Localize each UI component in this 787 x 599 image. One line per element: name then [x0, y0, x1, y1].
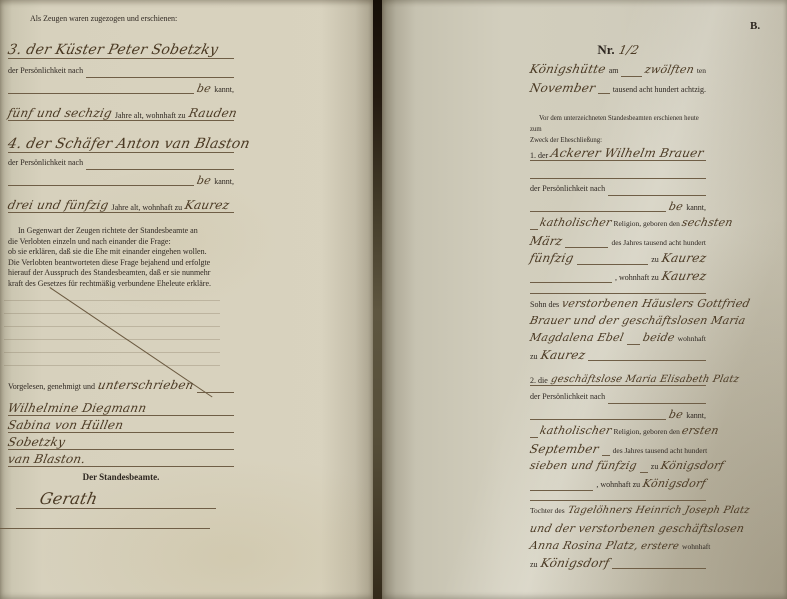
form-line [577, 262, 649, 265]
form-line [602, 453, 610, 456]
registrar-label: Der Standesbeamte. [8, 472, 234, 482]
son-printed: Sohn des [530, 300, 559, 309]
daughter-line-4: zu Königsdorf [530, 556, 706, 572]
ruled-line [4, 300, 220, 301]
age-handwriting: drei und fünfzig [7, 198, 110, 212]
known-handwriting: be [668, 200, 685, 213]
identity-label: der Persönlichkeit nach [530, 392, 605, 401]
residence-handwriting: Kaurez [184, 198, 231, 212]
form-line [612, 566, 706, 569]
religion-handwriting: katholischer [539, 216, 613, 229]
registrar-signature: Gerath [38, 489, 99, 508]
daughter-line-2: und der verstorbenen geschäftslosen [530, 522, 706, 539]
birth-year-line-groom: fünfzig zu Kaurez [530, 251, 706, 268]
signature-line: van Blaston. [8, 449, 234, 467]
bride-prefix-printed: 2. die [530, 376, 548, 385]
form-line [530, 280, 612, 283]
form-line [627, 342, 641, 345]
form-line [598, 91, 610, 94]
signature-line: Wilhelmine Diegmann [8, 398, 234, 416]
son-line-1: Sohn des verstorbenen Häuslers Gottfried [530, 297, 706, 314]
birth-month-line-groom: März des Jahres tausend acht hundert [530, 234, 706, 251]
signature: Wilhelmine Diegmann [7, 401, 148, 415]
ruled-line [4, 326, 220, 327]
residence-line-bride: , wohnhaft zu Königsdorf [530, 477, 706, 494]
witness-header-text: Als Zeugen waren zugezogen und erschiene… [30, 14, 177, 23]
record-number-line: Nr. 1/2 [530, 42, 706, 58]
birth-place-handwriting: Kaurez [660, 251, 707, 265]
registrar-label-text: Der Standesbeamte. [83, 472, 160, 482]
religion-line-bride: katholischer Religion, geboren den erste… [530, 424, 706, 441]
identity-line-3: der Persönlichkeit nach [8, 66, 234, 81]
son-line-3: Magdalena Ebel beide wohnhaft [530, 331, 706, 348]
form-line [588, 358, 706, 361]
known-handwriting: be [196, 174, 213, 187]
form-line [565, 245, 608, 248]
religion-line-groom: katholischer Religion, geboren den sechs… [530, 216, 706, 233]
birth-month-handwriting: September [529, 442, 601, 456]
right-page: B. Nr. 1/2 Königshütte am zwölften ten N… [382, 0, 787, 599]
known-printed: kannt, [686, 203, 706, 212]
form-line [197, 390, 234, 393]
form-line [608, 401, 706, 404]
section-rule [530, 291, 706, 294]
known-line-bride: be kannt, [530, 408, 706, 423]
age-handwriting: fünf und sechzig [7, 106, 114, 120]
known-printed: kannt, [686, 411, 706, 420]
religion-handwriting: katholischer [539, 424, 613, 437]
closing-printed: Vorgelesen, genehmigt und [8, 382, 95, 391]
identity-line-bride: der Persönlichkeit nach [530, 392, 706, 407]
birth-day-handwriting: ersten [681, 424, 720, 437]
consent-line: Die Verlobten beantworteten diese Frage … [8, 258, 236, 269]
bride-line: 2. die geschäftslose Maria Elisabeth Pla… [530, 364, 706, 386]
witness-header: Als Zeugen waren zugezogen und erschiene… [30, 14, 177, 23]
form-line [621, 74, 641, 77]
consent-line: die Verlobten einzeln und nach einander … [8, 237, 236, 248]
age-printed: Jahre alt, wohnhaft zu [112, 203, 183, 212]
registrar-signature-line: Gerath [16, 486, 216, 509]
religion-printed: Religion, geboren den [613, 219, 679, 228]
witness-4-entry: 4. der Schäfer Anton van Blaston [6, 136, 251, 152]
page-corner-letter: B. [750, 20, 760, 32]
identity-line-4: der Persönlichkeit nach [8, 158, 234, 173]
religion-printed: Religion, geboren den [613, 427, 679, 436]
known-handwriting: be [196, 82, 213, 95]
intro-line: Vor dem unterzeichneten Standesbeamten e… [530, 112, 710, 134]
year-phrase-printed: des Jahres tausend acht hundert [611, 238, 706, 247]
signature: Sobetzky [7, 435, 67, 449]
zu-printed: zu [651, 255, 659, 264]
consent-line: hierauf der Ausspruch des Standesbeamten… [8, 268, 236, 279]
day-suffix-printed: ten [697, 66, 706, 75]
groom-prefix-printed: 1. der [530, 151, 548, 160]
known-line-groom: be kannt, [530, 200, 706, 215]
daughter-line-1: Tochter des Tagelöhners Heinrich Joseph … [530, 505, 706, 522]
form-line [530, 209, 666, 212]
date-line-2: November tausend acht hundert achtzig. [530, 81, 706, 97]
birth-day-handwriting: sechsten [681, 216, 734, 229]
date-line-1: Königshütte am zwölften ten [530, 62, 706, 80]
blank-line [530, 164, 706, 179]
residence-handwriting: Kaurez [660, 269, 707, 283]
son-handwriting: beide [642, 331, 676, 344]
signature-line: Sobetzky [8, 432, 234, 450]
place-handwriting: Königshütte [529, 62, 608, 76]
birth-month-handwriting: März [529, 234, 564, 248]
witness-3-line: 3. der Küster Peter Sobetzky [8, 28, 234, 59]
zu-printed: zu [651, 462, 659, 471]
form-line [86, 75, 234, 78]
age-line-4: drei und fünfzig Jahre alt, wohnhaft zu … [8, 190, 234, 213]
known-handwriting: be [668, 408, 685, 421]
son-handwriting: verstorbenen Häuslers Gottfried [561, 297, 752, 310]
registry-book-photo: Als Zeugen waren zugezogen und erschiene… [0, 0, 787, 599]
year-phrase-printed: des Jahres tausend acht hundert [613, 446, 708, 455]
residence-line-groom: , wohnhaft zu Kaurez [530, 269, 706, 286]
birth-year-line-bride: sieben und fünfzig zu Königsdorf [530, 459, 706, 476]
daughter-handwriting: erstere [640, 541, 680, 552]
groom-line: 1. der Ackerer Wilhelm Brauer [530, 138, 706, 161]
form-line [8, 91, 194, 94]
identity-label: der Persönlichkeit nach [530, 184, 605, 193]
residence-handwriting: Königsdorf [642, 477, 708, 490]
wohnhaft-printed: , wohnhaft zu [615, 273, 659, 282]
form-line [8, 183, 194, 186]
ruled-line [4, 339, 220, 340]
form-line [530, 227, 538, 230]
consent-line: In Gegenwart der Zeugen richtete der Sta… [8, 226, 236, 237]
left-page: Als Zeugen waren zugezogen und erschiene… [0, 0, 373, 599]
closing-line: Vorgelesen, genehmigt und unterschrieben [8, 378, 234, 396]
signature-line: Sabina von Hüllen [8, 415, 234, 433]
witness-4-line: 4. der Schäfer Anton van Blaston [8, 124, 234, 153]
son-line-4: zu Kaurez [530, 348, 706, 364]
son-handwriting: Brauer und der geschäftslosen Maria [529, 314, 747, 327]
groom-name-handwriting: Ackerer Wilhelm Brauer [550, 146, 705, 160]
am-printed: am [609, 66, 619, 75]
known-printed: kannt, [214, 177, 234, 186]
form-line [530, 435, 538, 438]
section-rule [530, 498, 706, 501]
son-line-2: Brauer und der geschäftslosen Maria [530, 314, 706, 331]
nr-value: 1/2 [617, 43, 640, 57]
known-printed: kannt, [214, 85, 234, 94]
day-handwriting: zwölften [643, 63, 695, 76]
form-line [530, 417, 666, 420]
wohnhaft-printed: , wohnhaft zu [596, 480, 640, 489]
birth-year-handwriting: sieben und fünfzig [529, 459, 639, 472]
son-place-handwriting: Kaurez [539, 348, 586, 362]
ruled-line [4, 313, 220, 314]
daughter-handwriting: Anna Rosina Platz, [529, 539, 640, 552]
closing-handwriting: unterschrieben [97, 378, 196, 392]
known-line-4: be kannt, [8, 174, 234, 189]
residence-handwriting: Rauden [187, 106, 238, 120]
witness-3-entry: 3. der Küster Peter Sobetzky [6, 42, 219, 58]
book-gutter [373, 0, 382, 599]
consent-line: kraft des Gesetzes für rechtmäßig verbun… [8, 279, 236, 290]
zu-printed: zu [530, 560, 538, 569]
birth-year-handwriting: fünfzig [529, 251, 576, 265]
daughter-line-3: Anna Rosina Platz, erstere wohnhaft [530, 539, 706, 556]
consent-paragraph: In Gegenwart der Zeugen richtete der Sta… [8, 226, 236, 290]
daughter-handwriting: und der verstorbenen geschäftslosen [529, 522, 746, 535]
age-printed: Jahre alt, wohnhaft zu [115, 111, 186, 120]
son-handwriting: Magdalena Ebel [529, 331, 625, 344]
nr-label: Nr. [597, 42, 614, 58]
ruled-line [4, 365, 220, 366]
zu-printed: zu [530, 352, 538, 361]
identity-label: der Persönlichkeit nach [8, 158, 83, 167]
ruled-line [4, 352, 220, 353]
corner-letter-text: B. [750, 20, 760, 32]
bride-name-handwriting: geschäftslose Maria Elisabeth Platz [550, 374, 740, 385]
known-line-3: be kannt, [8, 82, 234, 97]
form-line [640, 470, 648, 473]
wohnhaft-printed: wohnhaft [678, 334, 706, 343]
year-printed: tausend acht hundert achtzig. [613, 85, 706, 94]
wohnhaft-printed: wohnhaft [682, 542, 710, 551]
form-line [530, 488, 593, 491]
daughter-place-handwriting: Königsdorf [539, 556, 610, 570]
month-handwriting: November [529, 81, 597, 95]
daughter-handwriting: Tagelöhners Heinrich Joseph Platz [567, 505, 751, 516]
birth-place-handwriting: Königsdorf [660, 459, 726, 472]
daughter-printed: Tochter des [530, 506, 565, 515]
identity-label: der Persönlichkeit nach [8, 66, 83, 75]
age-line-3: fünf und sechzig Jahre alt, wohnhaft zu … [8, 98, 234, 121]
form-line [608, 193, 706, 196]
blank-line [0, 510, 210, 529]
signature: Sabina von Hüllen [7, 418, 125, 432]
birth-month-line-bride: September des Jahres tausend acht hunder… [530, 442, 706, 459]
consent-line: ob sie erklären, daß sie die Ehe mit ein… [8, 247, 236, 258]
signature: van Blaston. [7, 452, 87, 466]
identity-line-groom: der Persönlichkeit nach [530, 184, 706, 199]
form-line [86, 167, 234, 170]
